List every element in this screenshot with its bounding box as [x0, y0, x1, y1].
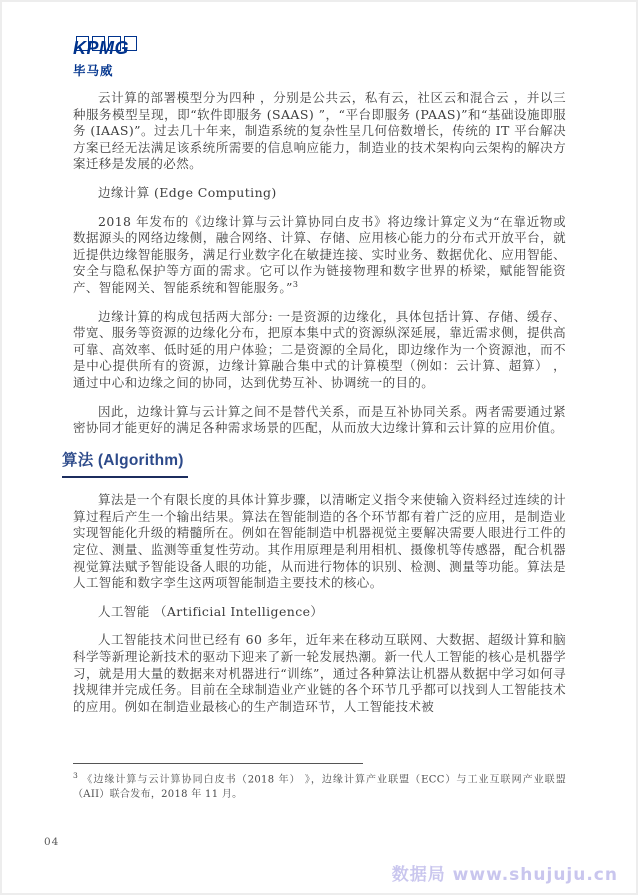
footnote-separator: [73, 763, 363, 764]
paragraph-edge-definition-text: 2018 年发布的《边缘计算与云计算协同白皮书》将边缘计算定义为“在靠近物或数据…: [73, 214, 566, 295]
kpmg-logo: KPMG 毕马威: [73, 36, 163, 79]
document-body: 云计算的部署模型分为四种 ，分别是公共云，私有云，社区云和混合云 ，并以三种服务…: [73, 90, 566, 727]
kpmg-logo-wordmark: KPMG: [73, 39, 163, 57]
footnote-text-line: 3 《边缘计算与云计算协同白皮书（2018 年） 》，边缘计算产业联盟（ECC）…: [73, 768, 566, 802]
kpmg-logo-chinese-name: 毕马威: [73, 61, 163, 79]
footnote: 3 《边缘计算与云计算协同白皮书（2018 年） 》，边缘计算产业联盟（ECC）…: [73, 763, 566, 802]
heading-algorithm: 算法 (Algorithm): [62, 453, 188, 479]
watermark-text: 数据局 www.shujuju.cn: [392, 860, 618, 885]
paragraph-cloud-deployment: 云计算的部署模型分为四种 ，分别是公共云，私有云，社区云和混合云 ，并以三种服务…: [73, 90, 566, 173]
heading-edge-computing: 边缘计算 (Edge Computing): [73, 185, 566, 202]
footnote-reference-3: 3: [293, 280, 299, 289]
paragraph-edge-definition: 2018 年发布的《边缘计算与云计算协同白皮书》将边缘计算定义为“在靠近物或数据…: [73, 214, 566, 297]
paragraph-edge-composition: 边缘计算的构成包括两大部分: 一是资源的边缘化，具体包括计算、存储、缓存、带宽、…: [73, 309, 566, 392]
paragraph-artificial-intelligence: 人工智能技术问世已经有 60 多年，近年来在移动互联网、大数据、超级计算和脑科学…: [73, 632, 566, 715]
heading-artificial-intelligence: 人工智能 （Artificial Intelligence）: [73, 604, 566, 621]
footnote-text: 《边缘计算与云计算协同白皮书（2018 年） 》，边缘计算产业联盟（ECC）与工…: [73, 774, 566, 800]
document-page: KPMG 毕马威 云计算的部署模型分为四种 ，分别是公共云，私有云，社区云和混合…: [0, 0, 638, 895]
paragraph-algorithm: 算法是一个有限长度的具体计算步骤，以清晰定义指令来使输入资料经过连续的计算过程后…: [73, 492, 566, 592]
paragraph-edge-cloud-relation: 因此，边缘计算与云计算之间不是替代关系，而是互补协同关系。两者需要通过紧密协同才…: [73, 404, 566, 437]
page-number: 04: [44, 836, 59, 848]
